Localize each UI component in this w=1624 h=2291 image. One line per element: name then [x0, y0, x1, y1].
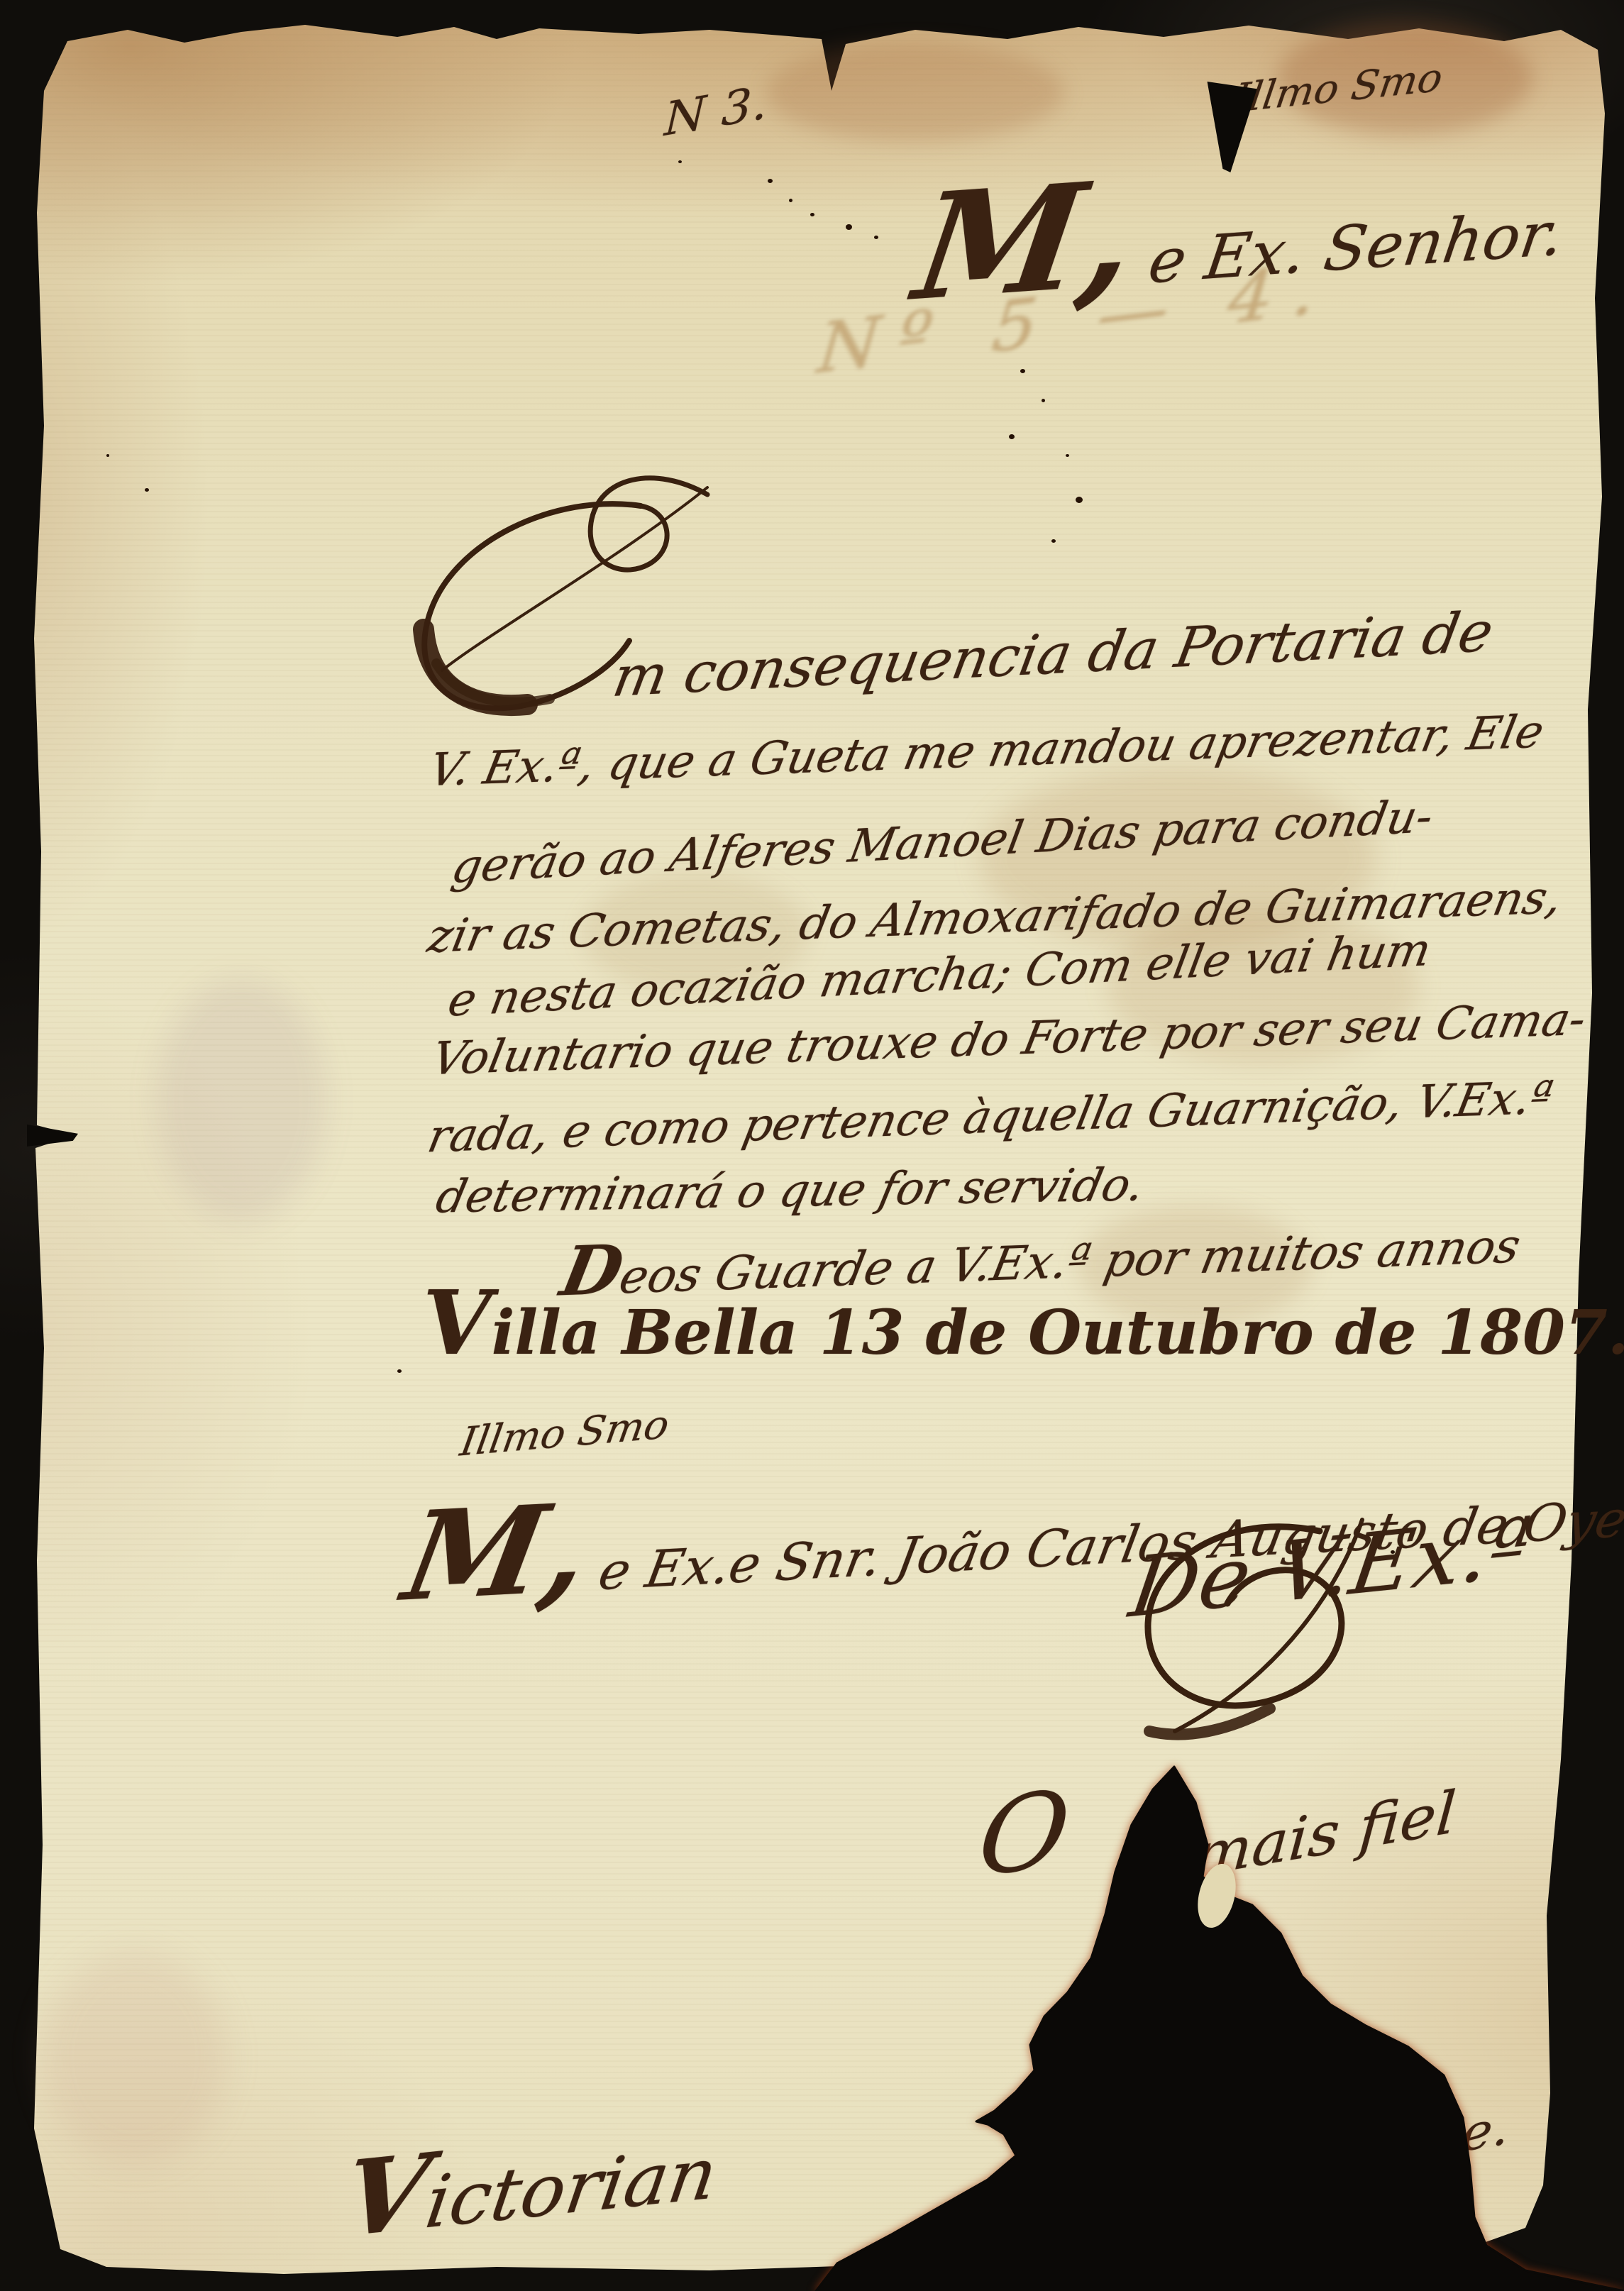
ink-spatter-dot	[768, 179, 773, 183]
ink-spatter-dot	[1020, 369, 1025, 373]
ink-spatter-dot	[874, 236, 878, 239]
ink-spatter-dot	[145, 488, 149, 492]
ink-spatter-dot	[1066, 454, 1069, 457]
ink-spatter-dot	[1051, 539, 1056, 543]
ink-blot	[780, 1738, 1624, 2291]
ink-spatter-dot	[846, 224, 852, 230]
ink-spatter-dot	[397, 1369, 402, 1373]
ink-spatter-dot	[678, 160, 682, 163]
closing-dateline: Villa Bella 13 de Outubro de 1807.	[423, 1271, 1624, 1375]
ink-spatter-dot	[810, 213, 814, 216]
ink-spatter-dot	[106, 454, 109, 457]
ink-spatter-dot	[1009, 434, 1015, 439]
valediction-flourish	[1107, 1518, 1504, 1745]
drop-cap-flourish-E	[387, 458, 727, 741]
scan-background: N 3. Illmo Smo M, e Ex. Senhor. Nº 5 — 4…	[0, 0, 1624, 2291]
ink-spatter-dot	[1076, 497, 1083, 503]
ink-spatter-dot	[789, 199, 792, 202]
ink-spatter-dot	[1042, 399, 1045, 402]
